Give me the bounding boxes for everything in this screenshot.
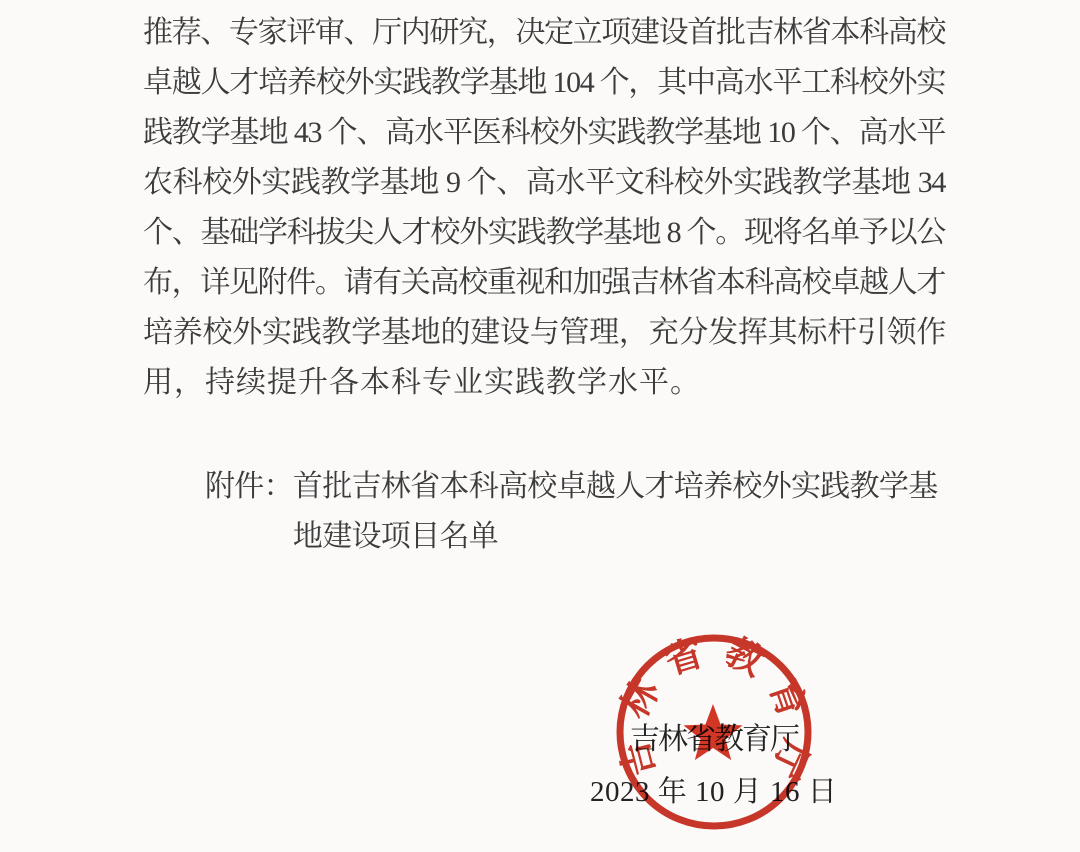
paragraph-line: 推荐、专家评审、厅内研究，决定立项建设首批吉林省本科高校 — [143, 8, 945, 58]
paragraph-line: 用，持续提升各本科专业实践教学水平。 — [143, 358, 945, 408]
official-seal: 吉林省教育厅 — [604, 622, 824, 842]
paragraph-line: 布，详见附件。请有关高校重视和加强吉林省本科高校卓越人才 — [143, 258, 945, 308]
seal-star-icon — [684, 704, 743, 760]
attachment-line: 首批吉林省本科高校卓越人才培养校外实践教学基 — [293, 462, 938, 512]
paragraph-line: 卓越人才培养校外实践教学基地 104 个，其中高水平工科校外实 — [143, 58, 945, 108]
attachment-title: 首批吉林省本科高校卓越人才培养校外实践教学基 地建设项目名单 — [293, 462, 938, 562]
paragraph-line: 践教学基地 43 个、高水平医科校外实践教学基地 10 个、高水平 — [143, 108, 945, 158]
attachment-line: 地建设项目名单 — [293, 512, 938, 562]
attachment-section: 附件： 首批吉林省本科高校卓越人才培养校外实践教学基 地建设项目名单 — [205, 462, 938, 562]
body-paragraph: 推荐、专家评审、厅内研究，决定立项建设首批吉林省本科高校 卓越人才培养校外实践教… — [143, 8, 945, 408]
paragraph-line: 个、基础学科拔尖人才校外实践教学基地 8 个。现将名单予以公 — [143, 208, 945, 258]
paragraph-line: 农科校外实践教学基地 9 个、高水平文科校外实践教学基地 34 — [143, 158, 945, 208]
document-page: 推荐、专家评审、厅内研究，决定立项建设首批吉林省本科高校 卓越人才培养校外实践教… — [0, 0, 1080, 852]
attachment-label: 附件： — [205, 462, 293, 562]
paragraph-line: 培养校外实践教学基地的建设与管理，充分发挥其标杆引领作 — [143, 308, 945, 358]
